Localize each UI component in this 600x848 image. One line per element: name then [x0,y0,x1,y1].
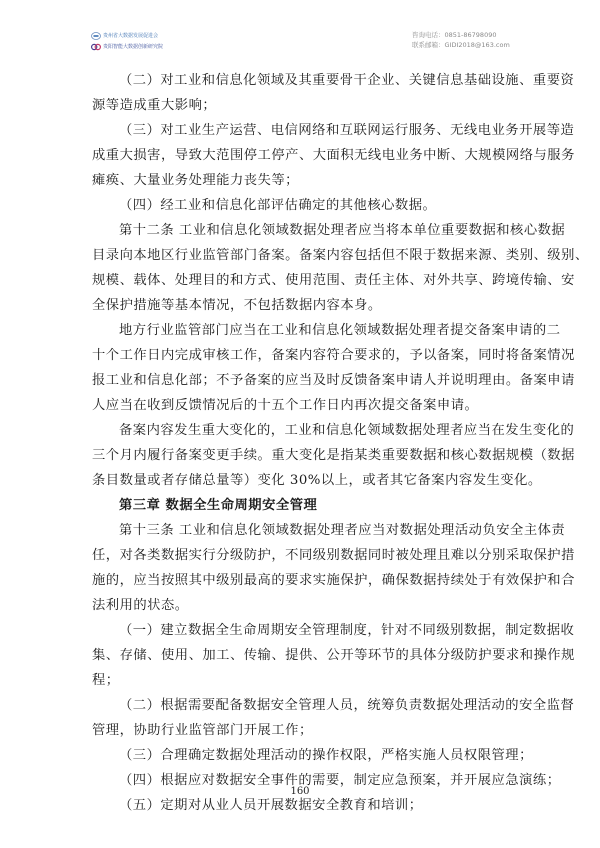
text-line: （三）对工业生产运营、电信网络和互联网运行服务、无线电业务开展等造 [92,118,510,143]
text-line: 十个工作日内完成审核工作，备案内容符合要求的，予以备案，同时将备案情况 [92,343,510,368]
contact-phone-row: 咨询电话：0851-86798090 [412,30,510,40]
text-line: 目录向本地区行业监管部门备案。备案内容包括但不限于数据来源、类别、级别、 [92,243,510,268]
page-header: 贵州省大数据发展促进会 贵阳智能大数据创新研究院 咨询电话：0851-86798… [0,0,600,60]
organization-logo: 贵州省大数据发展促进会 贵阳智能大数据创新研究院 [91,31,163,53]
phone-label: 咨询电话： [412,30,445,40]
text-line: （三）合理确定数据处理活动的操作权限，严格实施人员权限管理； [92,743,510,768]
text-line: 程； [92,668,510,693]
document-body: （二）对工业和信息化领域及其重要骨干企业、关键信息基础设施、重要资源等造成重大影… [92,68,510,818]
text-line: 备案内容发生重大变化的，工业和信息化领域数据处理者应当在发生变化的 [92,418,510,443]
logo-row-2: 贵阳智能大数据创新研究院 [91,42,163,52]
big-data-association-logo-icon [91,32,101,40]
contact-email-row: 联系邮箱：GIDI2018@163.com [412,40,510,50]
text-line: 集、存储、使用、加工、传输、提供、公开等环节的具体分级防护要求和操作规 [92,643,510,668]
logo-line-2: 贵阳智能大数据创新研究院 [103,44,163,50]
text-line: 规模、载体、处理目的和方式、使用范围、责任主体、对外共享、跨境传输、安 [92,268,510,293]
chapter-heading: 第三章 数据全生命周期安全管理 [92,493,510,518]
text-line: 任，对各类数据实行分级防护，不同级别数据同时被处理且难以分别采取保护措 [92,543,510,568]
contact-info: 咨询电话：0851-86798090 联系邮箱：GIDI2018@163.com [412,30,510,50]
text-line: 地方行业监管部门应当在工业和信息化领域数据处理者提交备案申请的二 [92,318,510,343]
text-line: 瘫痪、大量业务处理能力丧失等； [92,168,510,193]
email-label: 联系邮箱： [412,40,445,50]
text-line: 法利用的状态。 [92,593,510,618]
text-line: （二）对工业和信息化领域及其重要骨干企业、关键信息基础设施、重要资 [92,68,510,93]
text-line: （四）经工业和信息化部评估确定的其他核心数据。 [92,193,510,218]
logo-row-1: 贵州省大数据发展促进会 [91,31,163,41]
text-line: 人应当在收到反馈情况后的十五个工作日内再次提交备案申请。 [92,393,510,418]
text-line: 第十二条 工业和信息化领域数据处理者应当将本单位重要数据和核心数据 [92,218,510,243]
logo-line-1: 贵州省大数据发展促进会 [103,33,158,39]
text-line: 第十三条 工业和信息化领域数据处理者应当对数据处理活动负安全主体责 [92,518,510,543]
text-line: 成重大损害，导致大范围停工停产、大面积无线电业务中断、大规模网络与服务 [92,143,510,168]
text-line: （一）建立数据全生命周期安全管理制度，针对不同级别数据，制定数据收 [92,618,510,643]
text-line: 管理，协助行业监管部门开展工作； [92,718,510,743]
phone-number: 0851-86798090 [445,30,497,40]
text-line: （二）根据需要配备数据安全管理人员，统筹负责数据处理活动的安全监督 [92,693,510,718]
page-number: 160 [0,786,600,797]
text-line: 报工业和信息化部；不予备案的应当及时反馈备案申请人并说明理由。备案申请 [92,368,510,393]
text-line: 条目数量或者存储总量等）变化 30%以上，或者其它备案内容发生变化。 [92,468,510,493]
text-line: 全保护措施等基本情况，不包括数据内容本身。 [92,293,510,318]
gidi-logo-icon [91,43,101,51]
email-address: GIDI2018@163.com [445,40,510,50]
text-line: 施的，应当按照其中级别最高的要求实施保护，确保数据持续处于有效保护和合 [92,568,510,593]
text-line: 源等造成重大影响； [92,93,510,118]
text-line: 三个月内履行备案变更手续。重大变化是指某类重要数据和核心数据规模（数据 [92,443,510,468]
